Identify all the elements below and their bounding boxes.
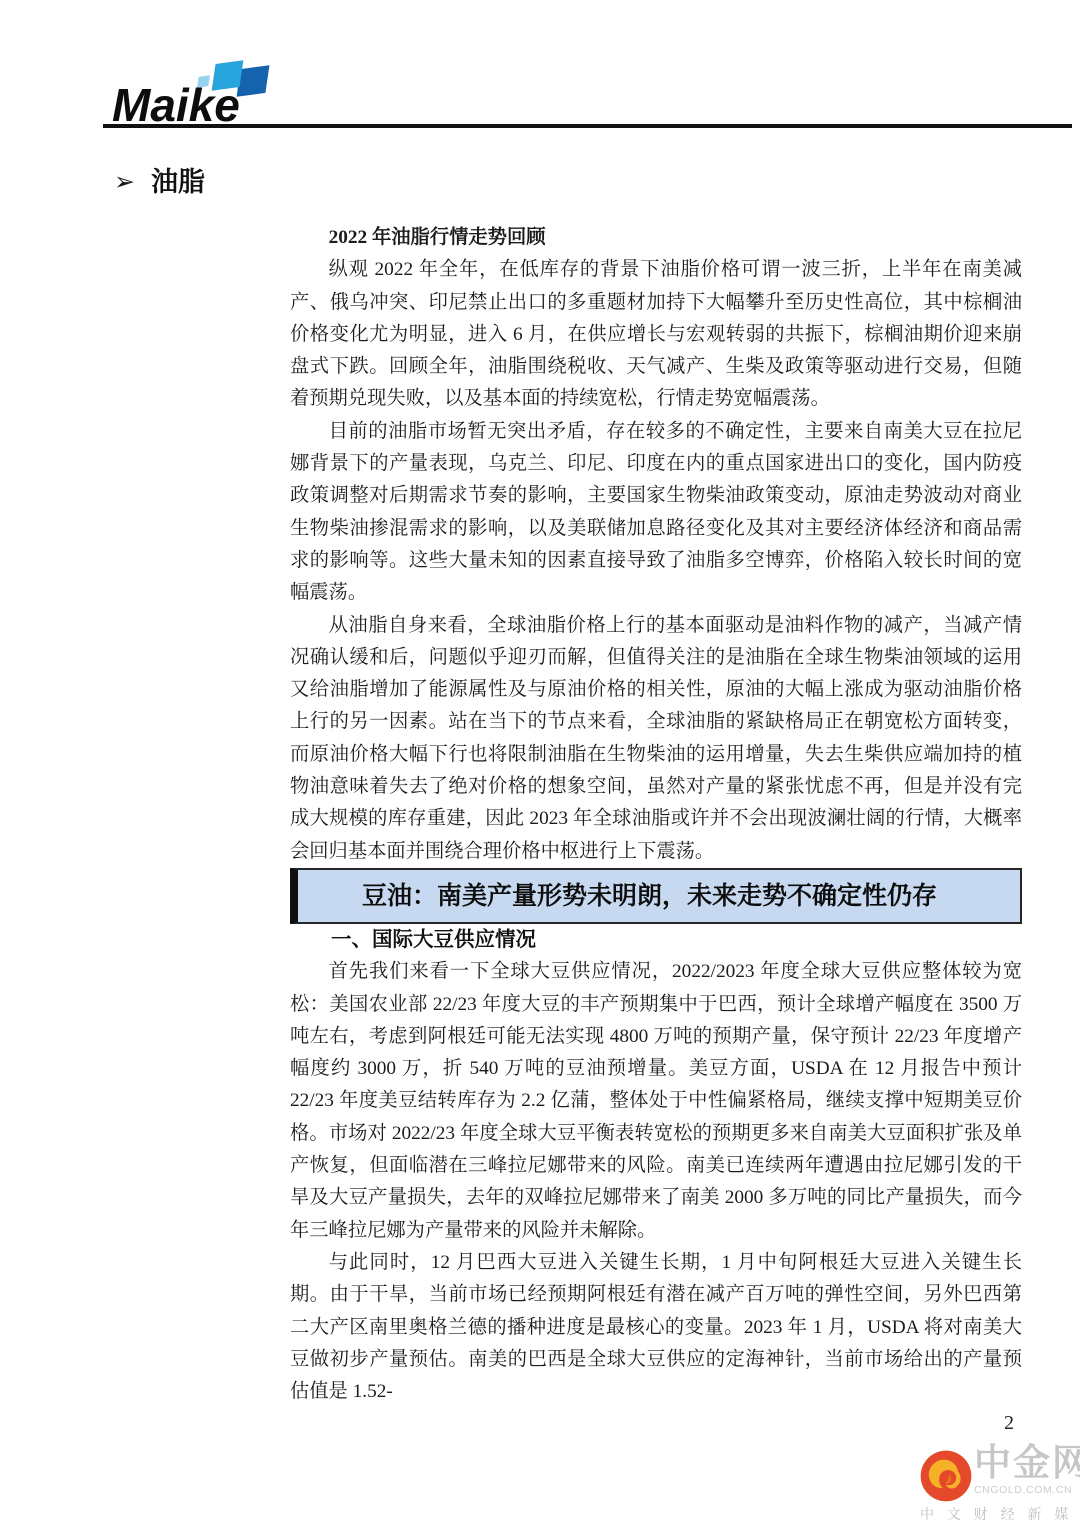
soy-paragraph-2: 与此同时，12 月巴西大豆进入关键生长期，1 月中旬阿根廷大豆进入关键生长期。由… [290, 1247, 1022, 1408]
oil-section-heading: ➢ 油脂 [114, 168, 205, 198]
review-title: 2022 年油脂行情走势回顾 [290, 222, 1022, 254]
watermark-top-row: 中金网 CNGOLD.COM.CN [920, 1444, 1072, 1502]
maike-logo: Maike [112, 62, 292, 128]
review-paragraph-2: 目前的油脂市场暂无突出矛盾，存在较多的不确定性，主要来自南美大豆在拉尼娜背景下的… [290, 416, 1022, 610]
watermark-name: 中金网 [974, 1444, 1080, 1483]
review-paragraph-3: 从油脂自身来看，全球油脂价格上行的基本面驱动是油料作物的减产，当减产情况确认缓和… [290, 610, 1022, 868]
oil-section-label: 油脂 [151, 168, 205, 198]
soy-paragraph-1: 首先我们来看一下全球大豆供应情况，2022/2023 年度全球大豆供应整体较为宽… [290, 956, 1022, 1247]
cngold-logo-icon [920, 1450, 972, 1502]
arrow-bullet-icon: ➢ [114, 170, 135, 195]
logo-diamond-mid-icon [212, 60, 244, 90]
cngold-watermark: 中金网 CNGOLD.COM.CN 中 文 财 经 新 媒 体 [920, 1444, 1072, 1524]
watermark-text-block: 中金网 CNGOLD.COM.CN [974, 1444, 1080, 1496]
soy-supply-heading: 一、国际大豆供应情况 [290, 924, 1022, 956]
body-column: 2022 年油脂行情走势回顾 纵观 2022 年全年，在低库存的背景下油脂价格可… [290, 222, 1022, 1408]
document-page: Maike ➢ 油脂 2022 年油脂行情走势回顾 纵观 2022 年全年，在低… [0, 0, 1080, 1527]
watermark-url: CNGOLD.COM.CN [974, 1484, 1080, 1496]
review-paragraph-1: 纵观 2022 年全年，在低库存的背景下油脂价格可谓一波三折，上半年在南美减产、… [290, 254, 1022, 415]
soybean-oil-banner: 豆油：南美产量形势未明朗，未来走势不确定性仍存 [290, 868, 1022, 924]
watermark-tagline: 中 文 财 经 新 媒 体 [920, 1504, 1072, 1524]
header-rule [103, 124, 1072, 128]
page-number: 2 [290, 1412, 1022, 1435]
